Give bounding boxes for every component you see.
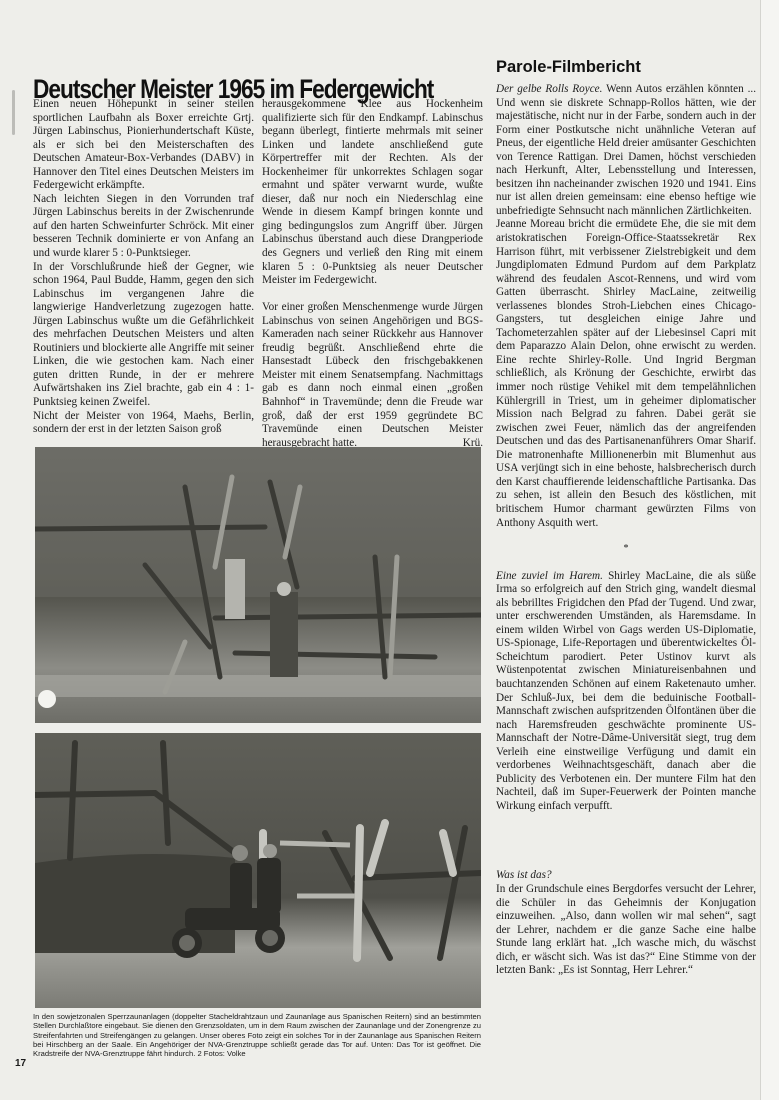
article-column-2: herausgekommene Klee aus Hockenheim qual… bbox=[262, 98, 483, 450]
film-title: Eine zuviel im Harem. bbox=[496, 570, 603, 582]
article-paragraph: Nicht der Meister von 1964, Maehs, Berli… bbox=[33, 410, 254, 437]
article-column-1: Einen neuen Höhepunkt in seiner steilen … bbox=[33, 98, 254, 437]
film-review-paragraph: Jeanne Moreau bricht die ermüdete Ehe, d… bbox=[496, 218, 756, 530]
article-paragraph-text: Vor einer großen Menschenmenge wurde Jür… bbox=[262, 301, 483, 448]
scan-mark bbox=[12, 90, 15, 135]
photo-caption: In den sowjetzonalen Sperrzaunanlagen (d… bbox=[33, 1012, 481, 1058]
film-section-title: Parole-Filmbericht bbox=[496, 58, 641, 77]
article-paragraph: Vor einer großen Menschenmenge wurde Jür… bbox=[262, 301, 483, 450]
film-title: Der gelbe Rolls Royce. bbox=[496, 83, 602, 95]
film-review-paragraph: Der gelbe Rolls Royce. Wenn Autos erzähl… bbox=[496, 83, 756, 218]
film-review-text: Shirley MacLaine, die als süße Irma so e… bbox=[496, 570, 756, 812]
page-number: 17 bbox=[15, 1058, 26, 1069]
article-paragraph: Einen neuen Höhepunkt in seiner steilen … bbox=[33, 98, 254, 193]
section-separator: * bbox=[496, 542, 756, 556]
anecdote-title: Was ist das? bbox=[496, 869, 756, 883]
anecdote-title-text: Was ist das? bbox=[496, 869, 552, 881]
film-review-paragraph: Eine zuviel im Harem. Shirley MacLaine, … bbox=[496, 570, 756, 814]
photo-border-gate-open bbox=[35, 733, 481, 1008]
page-edge bbox=[760, 0, 779, 1100]
photo-image bbox=[35, 447, 481, 723]
magazine-page: Deutscher Meister 1965 im Federgewicht E… bbox=[0, 0, 779, 1100]
article-paragraph: Nach leichten Siegen in den Vorrunden tr… bbox=[33, 193, 254, 261]
photo-border-gate-closed bbox=[35, 447, 481, 723]
film-review-text: Wenn Autos erzählen könnten ... Und wenn… bbox=[496, 83, 756, 217]
anecdote-paragraph: In der Grundschule eines Bergdorfes vers… bbox=[496, 883, 756, 978]
film-review-column: Der gelbe Rolls Royce. Wenn Autos erzähl… bbox=[496, 83, 756, 978]
photo-image bbox=[35, 733, 481, 1008]
article-paragraph: In der Vorschlußrunde hieß der Gegner, w… bbox=[33, 261, 254, 410]
article-paragraph: herausgekommene Klee aus Hockenheim qual… bbox=[262, 98, 483, 288]
